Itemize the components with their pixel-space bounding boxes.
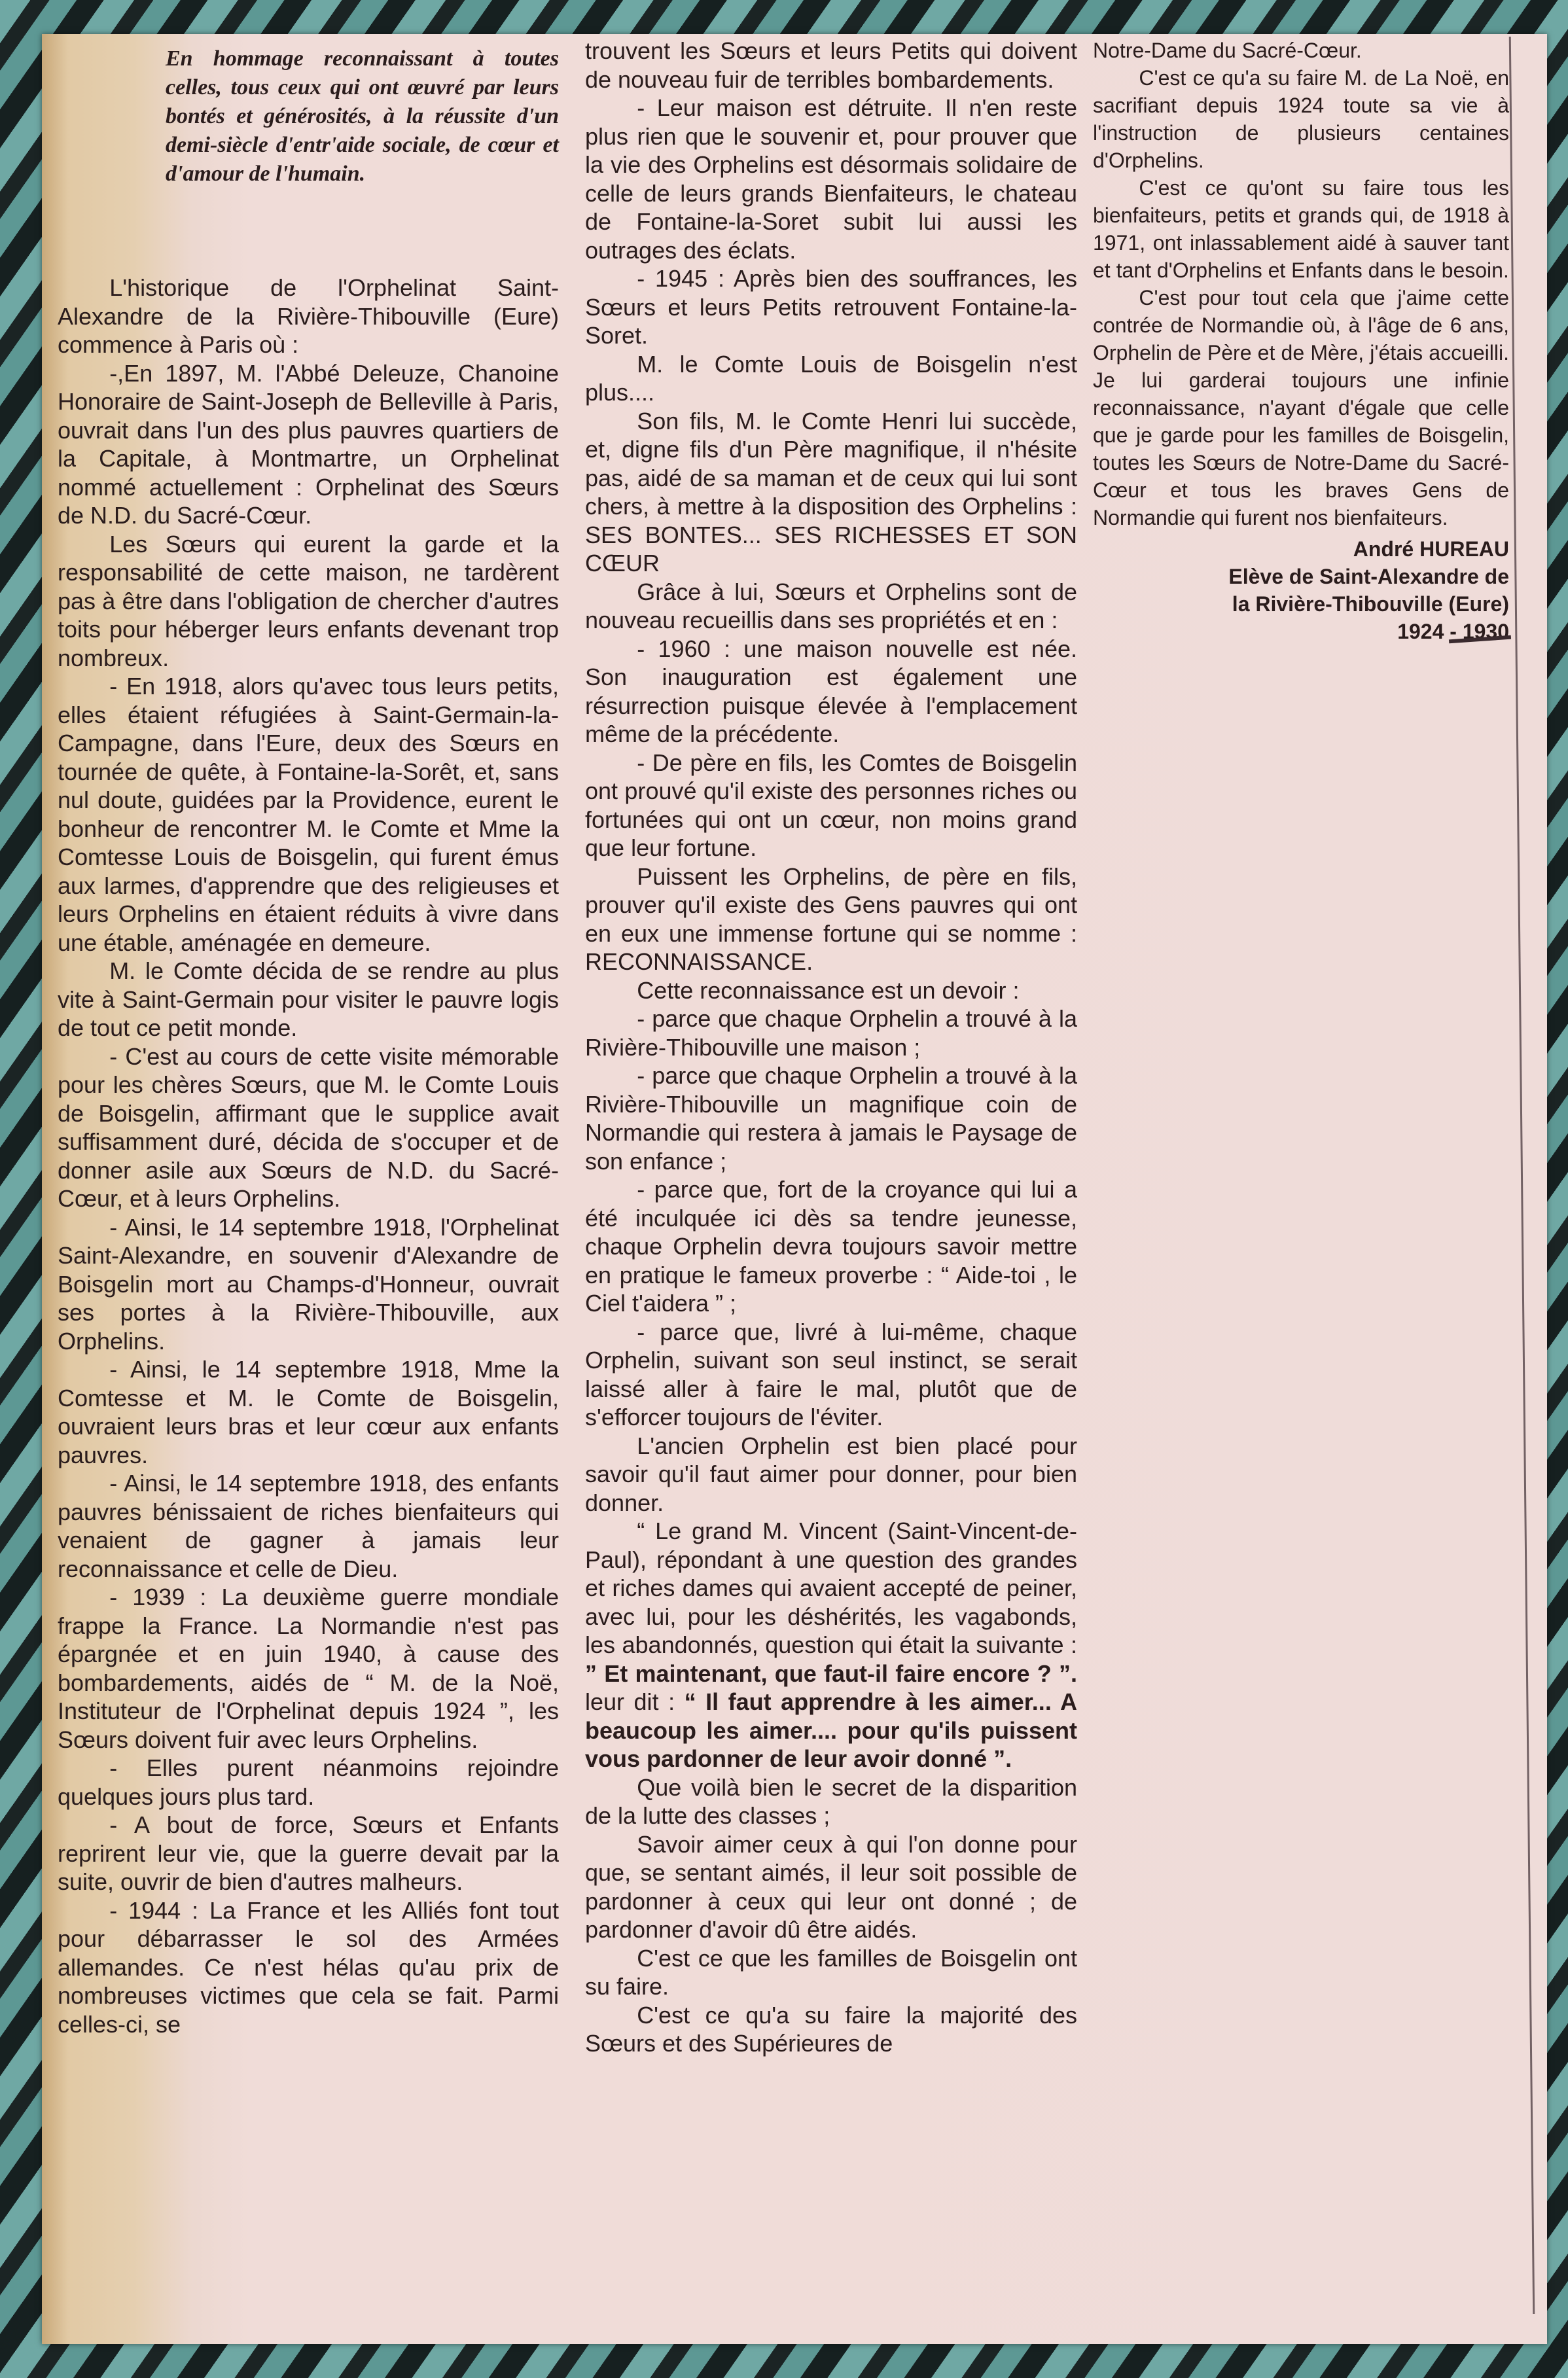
paragraph: - parce que chaque Orphelin a trouvé à l… <box>585 1004 1077 1061</box>
paragraph: L'historique de l'Orphelinat Saint-Alexa… <box>58 274 559 359</box>
left-column: En hommage reconnaissant à toutes celles… <box>58 44 559 2038</box>
paragraph: -,En 1897, M. l'Abbé Deleuze, Chanoine H… <box>58 359 559 530</box>
paragraph: Son fils, M. le Comte Henri lui succède,… <box>585 407 1077 578</box>
paragraph: - Elles purent néanmoins rejoindre quelq… <box>58 1754 559 1811</box>
paragraph: L'ancien Orphelin est bien placé pour sa… <box>585 1432 1077 1517</box>
dedication: En hommage reconnaissant à toutes celles… <box>58 44 559 188</box>
paragraph: Que voilà bien le secret de la dispariti… <box>585 1773 1077 1830</box>
paragraph: trouvent les Sœurs et leurs Petits qui d… <box>585 37 1077 94</box>
vincent-quote: “ Le grand M. Vincent (Saint-Vincent-de-… <box>585 1517 1077 1773</box>
paragraph: Cette reconnaissance est un devoir : <box>585 976 1077 1005</box>
paragraph: - 1960 : une maison nouvelle est née. So… <box>585 635 1077 749</box>
paragraph: - 1939 : La deuxième guerre mondiale fra… <box>58 1583 559 1754</box>
paragraph: Savoir aimer ceux à qui l'on donne pour … <box>585 1830 1077 1944</box>
paragraph: - En 1918, alors qu'avec tous leurs peti… <box>58 672 559 957</box>
paragraph: - Ainsi, le 14 septembre 1918, des enfan… <box>58 1469 559 1583</box>
paragraph: M. le Comte Louis de Boisgelin n'est plu… <box>585 350 1077 407</box>
author-line-1: Elève de Saint-Alexandre de <box>1093 563 1509 590</box>
paragraph: Grâce à lui, Sœurs et Orphelins sont de … <box>585 578 1077 635</box>
quote-mid: leur dit : <box>585 1688 685 1715</box>
quote-intro: “ Le grand M. Vincent (Saint-Vincent-de-… <box>585 1517 1077 1658</box>
paragraph: - A bout de force, Sœurs et Enfants repr… <box>58 1811 559 1896</box>
paragraph: - 1945 : Après bien des souffrances, les… <box>585 264 1077 350</box>
paragraph: C'est ce que les familles de Boisgelin o… <box>585 1944 1077 2001</box>
paragraph: M. le Comte décida de se rendre au plus … <box>58 957 559 1042</box>
paragraph: - Ainsi, le 14 septembre 1918, Mme la Co… <box>58 1355 559 1469</box>
paragraph: - De père en fils, les Comtes de Boisgel… <box>585 749 1077 862</box>
author-line-2: la Rivière-Thibouville (Eure) <box>1093 590 1509 618</box>
paragraph: - parce que chaque Orphelin a trouvé à l… <box>585 1061 1077 1175</box>
paragraph: - parce que, livré à lui-même, chaque Or… <box>585 1318 1077 1432</box>
quote-question: ” Et maintenant, que faut-il faire encor… <box>585 1660 1077 1687</box>
paragraph: Les Sœurs qui eurent la garde et la resp… <box>58 530 559 673</box>
paragraph: - C'est au cours de cette visite mémorab… <box>58 1042 559 1213</box>
author-name: André HUREAU <box>1093 535 1509 563</box>
paragraph: - parce que, fort de la croyance qui lui… <box>585 1175 1077 1318</box>
paragraph: C'est ce qu'a su faire la majorité des S… <box>585 2001 1077 2058</box>
paragraph: - Leur maison est détruite. Il n'en rest… <box>585 94 1077 264</box>
paragraph: C'est pour tout cela que j'aime cette co… <box>1093 284 1509 531</box>
signature: André HUREAU Elève de Saint-Alexandre de… <box>1093 535 1509 645</box>
author-years: 1924 - 1930 <box>1093 618 1509 645</box>
paragraph: - Ainsi, le 14 septembre 1918, l'Orpheli… <box>58 1213 559 1356</box>
paragraph: C'est ce qu'a su faire M. de La Noë, en … <box>1093 64 1509 174</box>
dedication-text: En hommage reconnaissant à toutes celles… <box>166 44 559 188</box>
paragraph: C'est ce qu'ont su faire tous les bienfa… <box>1093 174 1509 284</box>
middle-column: trouvent les Sœurs et leurs Petits qui d… <box>585 37 1077 2058</box>
paragraph: - 1944 : La France et les Alliés font to… <box>58 1896 559 2039</box>
right-column: Notre-Dame du Sacré-Cœur. C'est ce qu'a … <box>1093 37 1509 645</box>
newspaper-clipping: En hommage reconnaissant à toutes celles… <box>42 34 1547 2344</box>
column-rule <box>1509 37 1535 2314</box>
paragraph: Puissent les Orphelins, de père en fils,… <box>585 862 1077 976</box>
paragraph: Notre-Dame du Sacré-Cœur. <box>1093 37 1509 64</box>
